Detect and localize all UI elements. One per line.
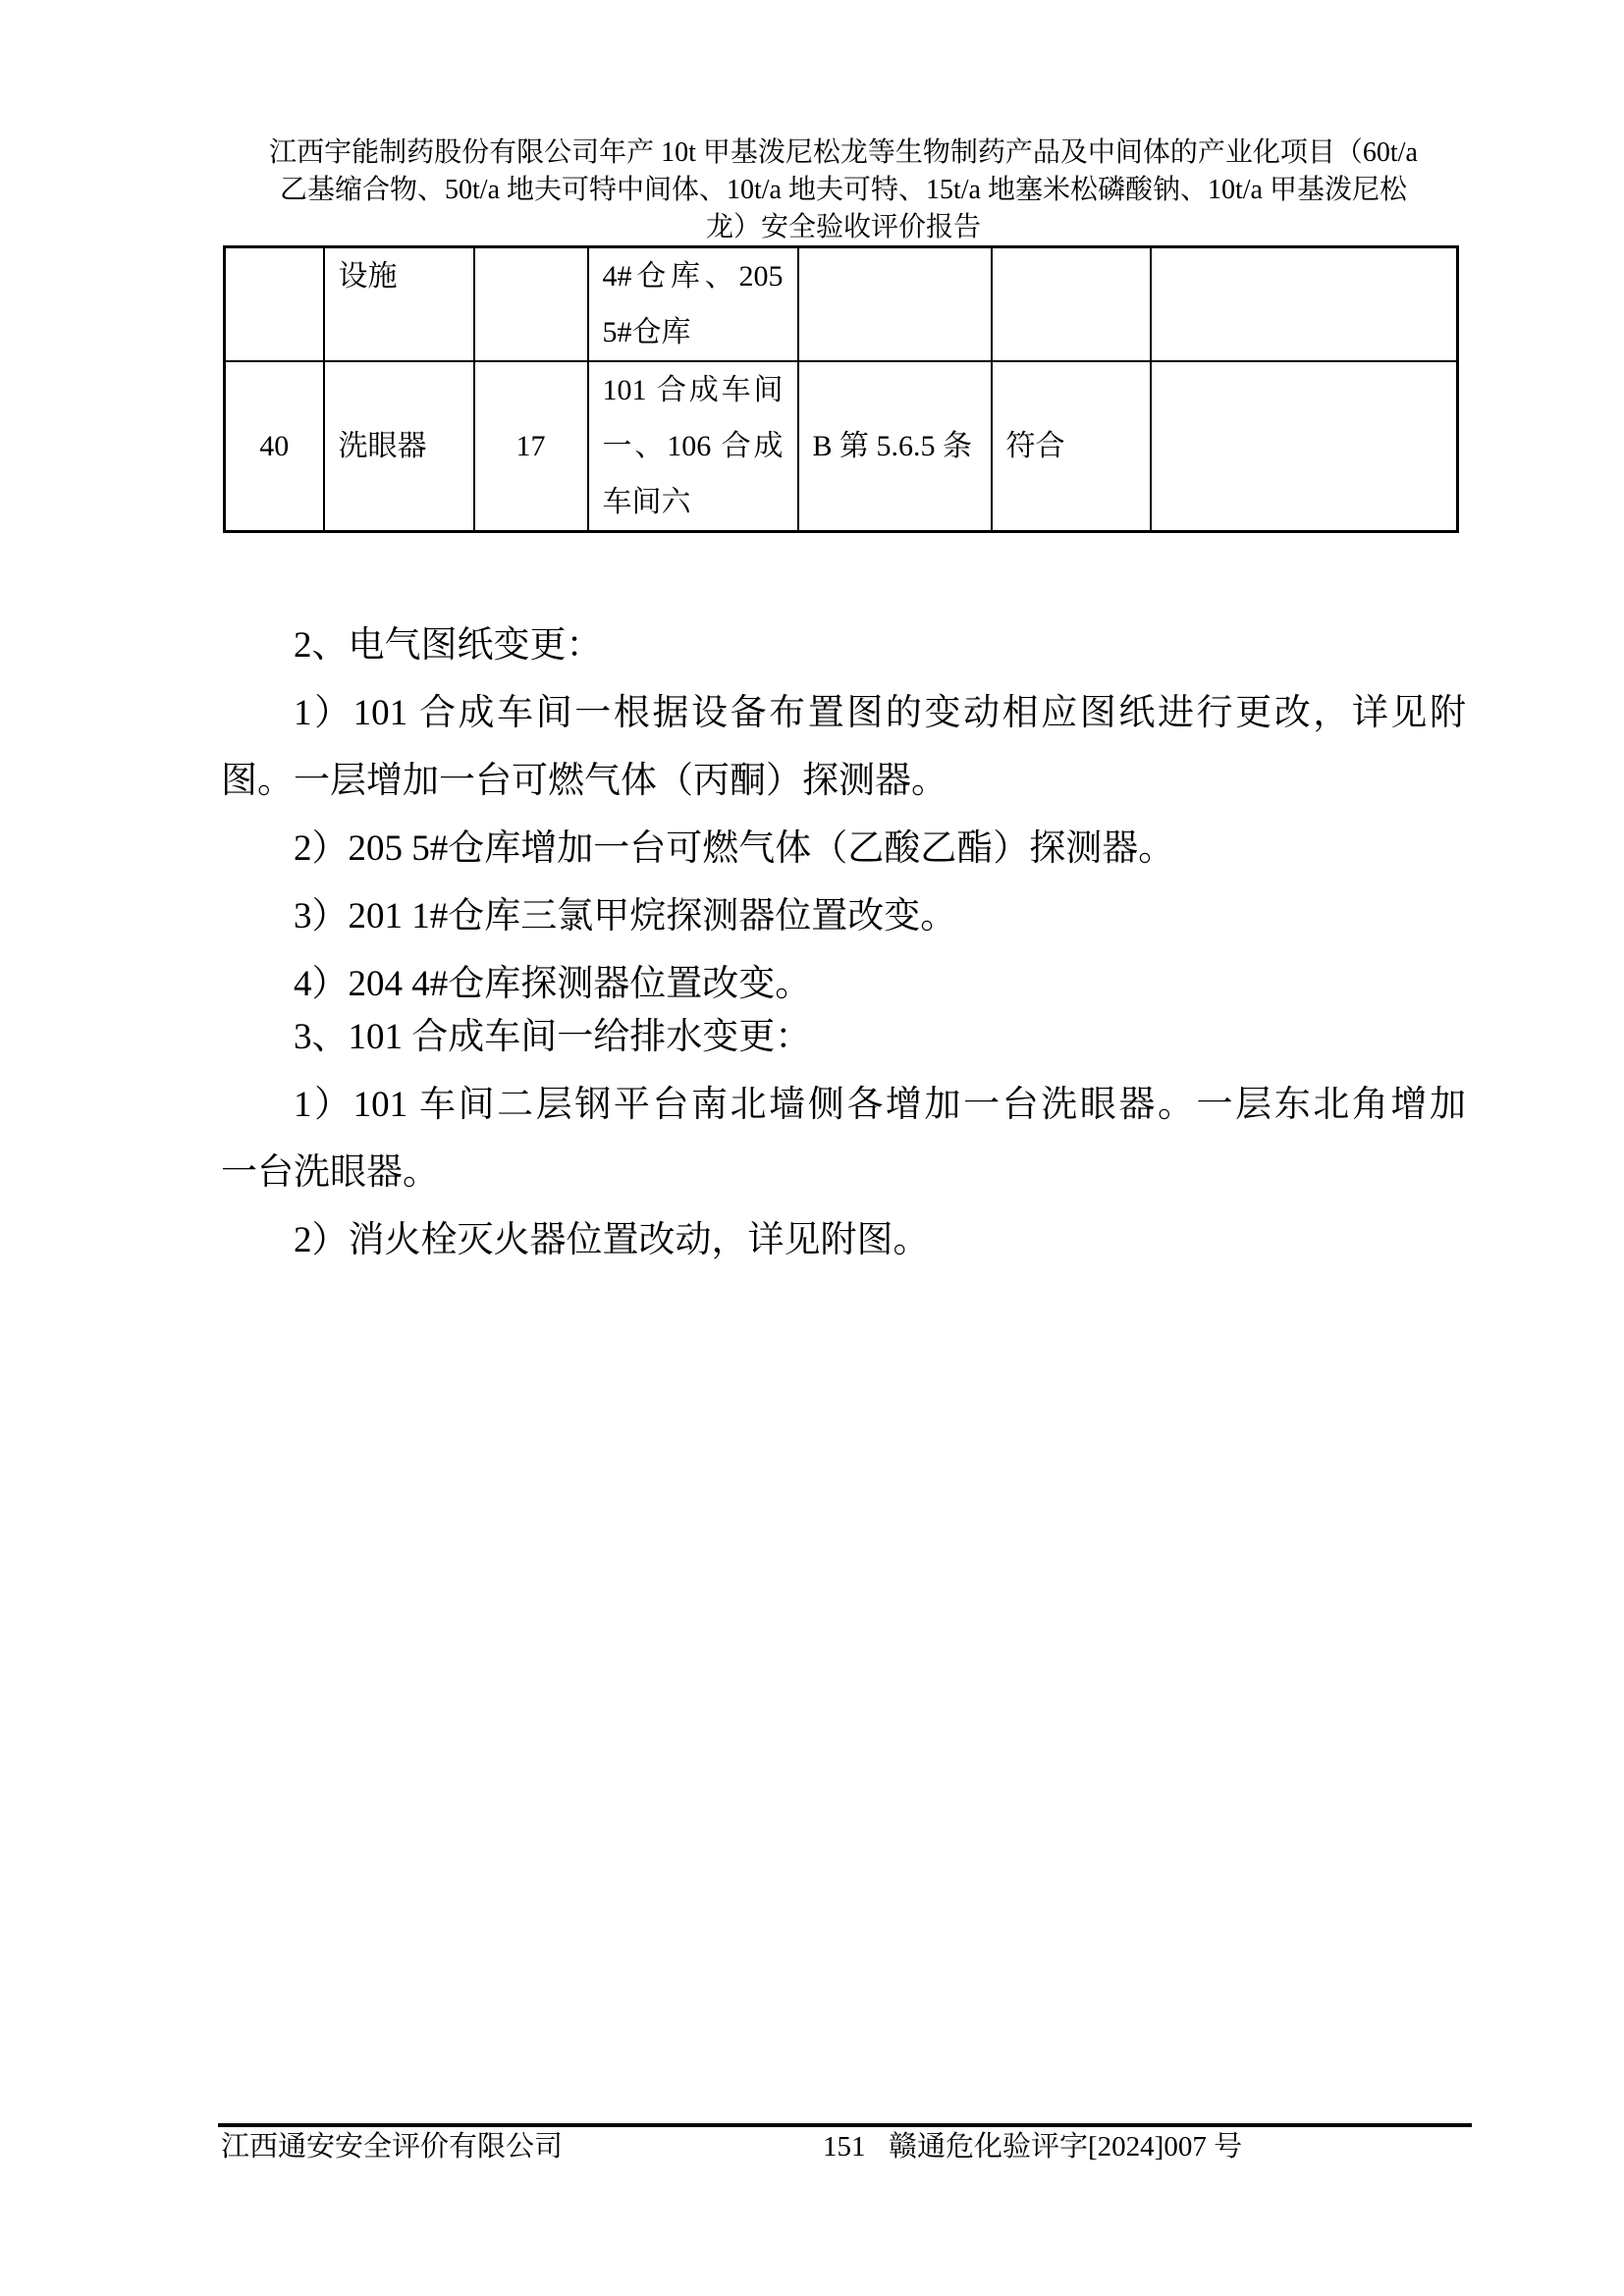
cell-conformity xyxy=(992,247,1151,362)
cell-item-name: 洗眼器 xyxy=(324,361,474,532)
cell-location-line: 车间六 xyxy=(603,474,784,530)
change-items-table: 设施 4#仓库、205 5#仓库 40 洗眼器 17 101 合成车间 一、10… xyxy=(223,245,1459,533)
paragraph-line: 图。一层增加一台可燃气体（丙酮）探测器。 xyxy=(221,747,1466,815)
paragraph-line: 2）205 5#仓库增加一台可燃气体（乙酸乙酯）探测器。 xyxy=(221,815,1466,882)
cell-location-line: 101 合成车间 xyxy=(603,362,784,418)
paragraph-line: 一台洗眼器。 xyxy=(221,1139,1466,1206)
cell-standard xyxy=(798,247,992,362)
page-footer: 江西通安安全评价有限公司 151 赣通危化验评字[2024]007 号 xyxy=(0,2130,1624,2169)
document-page: 江西宇能制药股份有限公司年产 10t 甲基泼尼松龙等生物制药产品及中间体的产业化… xyxy=(0,0,1624,2296)
cell-standard: B 第 5.6.5 条 xyxy=(798,361,992,532)
footer-company: 江西通安安全评价有限公司 xyxy=(221,2130,563,2163)
footer-doc-number: 赣通危化验评字[2024]007 号 xyxy=(889,2130,1242,2163)
table-row: 40 洗眼器 17 101 合成车间 一、106 合成 车间六 B 第 5.6.… xyxy=(225,361,1458,532)
cell-count xyxy=(474,247,588,362)
cell-remark xyxy=(1151,247,1458,362)
cell-location-line: 5#仓库 xyxy=(603,304,784,360)
paragraph-line: 1）101 合成车间一根据设备布置图的变动相应图纸进行更改，详见附 xyxy=(221,679,1466,747)
paragraph-line: 2、电气图纸变更： xyxy=(221,612,1466,679)
cell-remark xyxy=(1151,361,1458,532)
footer-rule xyxy=(218,2123,1472,2127)
footer-page-number: 151 xyxy=(823,2130,866,2163)
cell-location-line: 一、106 合成 xyxy=(603,418,784,474)
header-line-3: 龙）安全验收评价报告 xyxy=(221,209,1466,246)
cell-seq xyxy=(225,247,324,362)
paragraph-line: 2）消火栓灭火器位置改动，详见附图。 xyxy=(221,1206,1466,1274)
paragraph-line: 3、101 合成车间一给排水变更： xyxy=(221,1003,1466,1071)
header-line-2: 乙基缩合物、50t/a 地夫可特中间体、10t/a 地夫可特、15t/a 地塞米… xyxy=(221,172,1466,209)
body-text: 2、电气图纸变更： 1）101 合成车间一根据设备布置图的变动相应图纸进行更改，… xyxy=(221,612,1466,1274)
page-header: 江西宇能制药股份有限公司年产 10t 甲基泼尼松龙等生物制药产品及中间体的产业化… xyxy=(221,134,1466,246)
cell-count: 17 xyxy=(474,361,588,532)
paragraph-line: 3）201 1#仓库三氯甲烷探测器位置改变。 xyxy=(221,882,1466,950)
cell-conformity: 符合 xyxy=(992,361,1151,532)
header-line-1: 江西宇能制药股份有限公司年产 10t 甲基泼尼松龙等生物制药产品及中间体的产业化… xyxy=(221,134,1466,172)
paragraph-line: 1）101 车间二层钢平台南北墙侧各增加一台洗眼器。一层东北角增加 xyxy=(221,1071,1466,1139)
table-row: 设施 4#仓库、205 5#仓库 xyxy=(225,247,1458,362)
cell-item-name: 设施 xyxy=(324,247,474,362)
cell-location: 101 合成车间 一、106 合成 车间六 xyxy=(588,361,798,532)
cell-location: 4#仓库、205 5#仓库 xyxy=(588,247,798,362)
cell-seq: 40 xyxy=(225,361,324,532)
cell-location-line: 4#仓库、205 xyxy=(603,248,784,304)
